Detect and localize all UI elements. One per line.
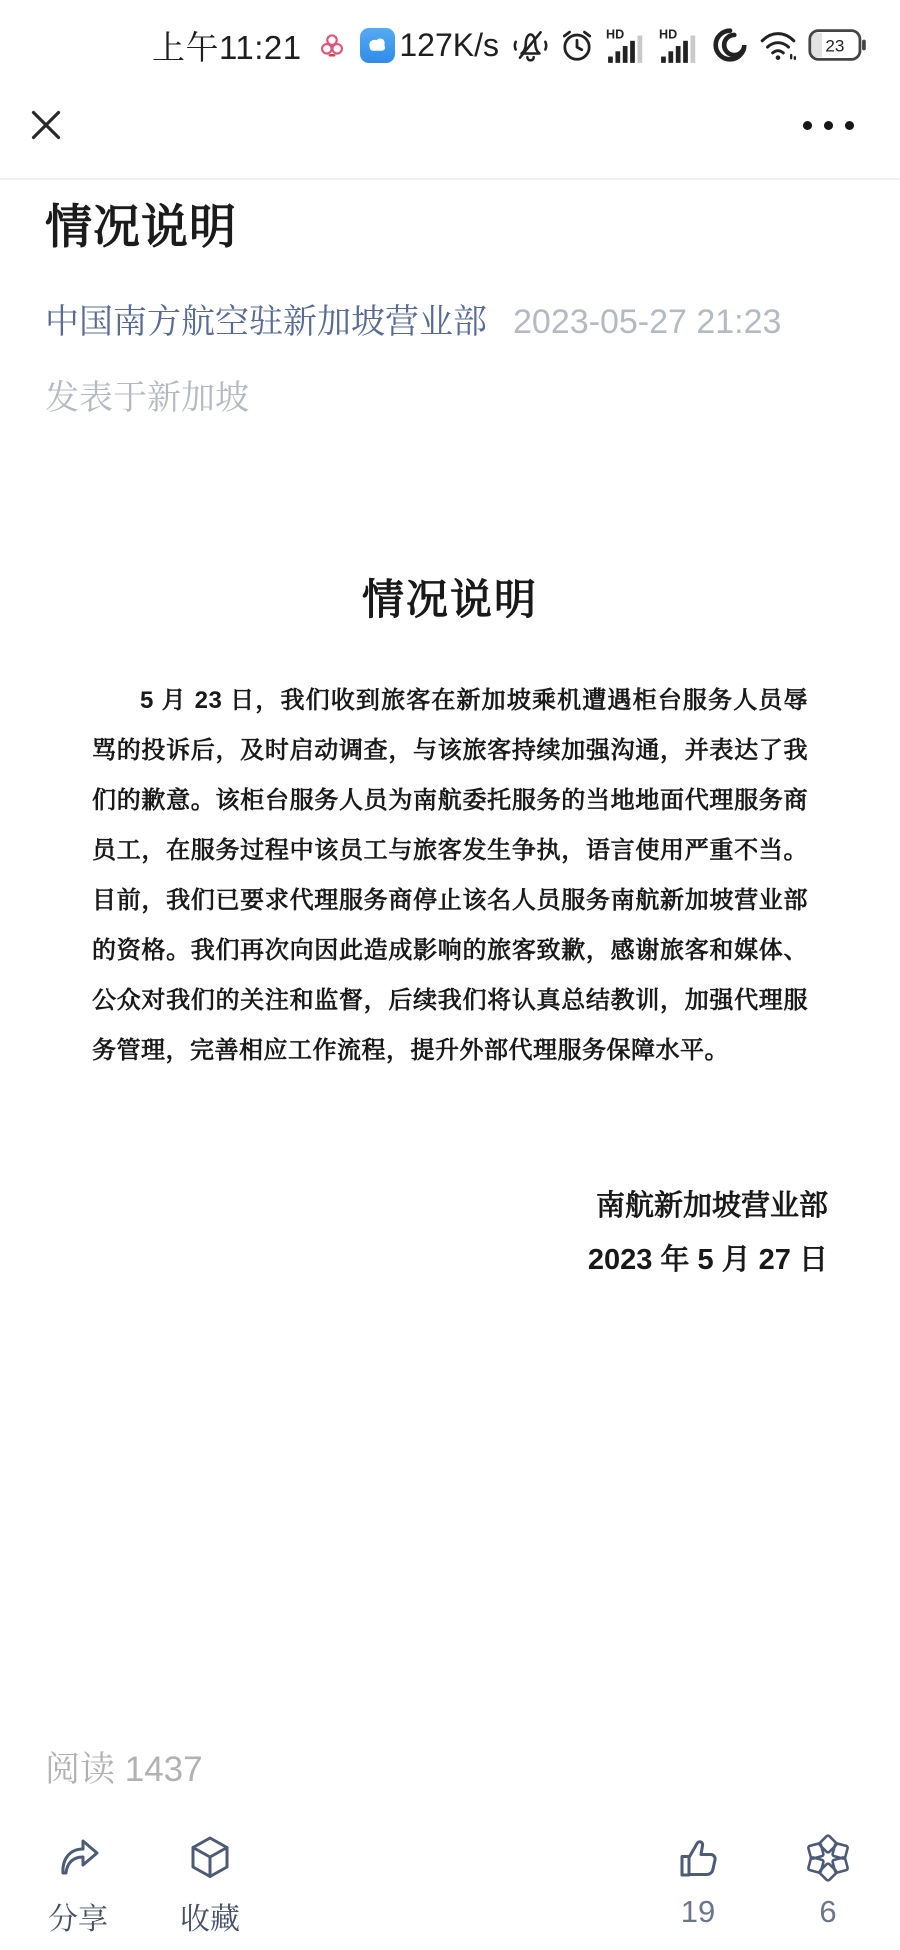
- like-button[interactable]: 19: [654, 1834, 742, 1930]
- publish-location: 发表于新加坡: [45, 370, 855, 419]
- status-bar: 上午11:21 127K/s: [0, 0, 900, 76]
- weather-cloud-icon: [360, 28, 395, 63]
- network-speed: 127K/s: [399, 27, 499, 64]
- thumbs-up-icon: [673, 1834, 723, 1882]
- favorite-label: 收藏: [180, 1894, 240, 1938]
- signature-date: 2023 年 5 月 27 日: [92, 1233, 828, 1287]
- share-label: 分享: [48, 1894, 108, 1938]
- favorite-cube-icon: [185, 1834, 235, 1882]
- wechat-article-page: 上午11:21 127K/s: [0, 0, 900, 1950]
- statement-paragraph: 5 月 23 日，我们收到旅客在新加坡乘机遭遇柜台服务人员辱骂的投诉后，及时启动…: [92, 676, 808, 1076]
- spiral-icon: [712, 27, 748, 63]
- wow-flower-icon: [803, 1834, 853, 1882]
- favorite-button[interactable]: 收藏: [166, 1834, 254, 1938]
- battery-icon: 23: [808, 29, 866, 61]
- more-menu-icon[interactable]: [799, 111, 858, 140]
- wow-button[interactable]: 6: [784, 1834, 872, 1930]
- navbar: [0, 86, 900, 164]
- like-count: 19: [681, 1894, 715, 1930]
- statement-document: 情况说明 5 月 23 日，我们收到旅客在新加坡乘机遭遇柜台服务人员辱骂的投诉后…: [92, 560, 808, 1287]
- publish-time: 2023-05-27 21:23: [513, 303, 781, 342]
- header-divider: [0, 178, 900, 180]
- signal-hd-sim2-icon: HD: [659, 27, 701, 63]
- statement-heading: 情况说明: [92, 560, 808, 626]
- read-count: 阅读 1437: [45, 1742, 203, 1792]
- clover-icon: [318, 31, 346, 59]
- bottom-action-bar: 分享 收藏 19: [0, 1834, 900, 1938]
- official-account-link[interactable]: 中国南方航空驻新加坡营业部: [45, 294, 487, 343]
- wow-count: 6: [819, 1894, 836, 1930]
- signal-hd-sim1-icon: HD: [606, 27, 648, 63]
- wifi-icon: [759, 29, 797, 61]
- signature-name: 南航新加坡营业部: [92, 1179, 828, 1233]
- article-header: 情况说明 中国南方航空驻新加坡营业部 2023-05-27 21:23 发表于新…: [45, 196, 855, 419]
- clock-time: 上午11:21: [152, 22, 302, 69]
- share-button[interactable]: 分享: [34, 1834, 122, 1938]
- battery-percent-text: 23: [825, 36, 844, 55]
- svg-text:HD: HD: [606, 28, 624, 42]
- alarm-clock-icon: [559, 27, 595, 63]
- close-icon[interactable]: [26, 105, 66, 145]
- share-icon: [53, 1834, 103, 1882]
- article-title: 情况说明: [45, 196, 855, 258]
- svg-text:HD: HD: [659, 28, 677, 42]
- mute-bell-icon: [512, 27, 548, 63]
